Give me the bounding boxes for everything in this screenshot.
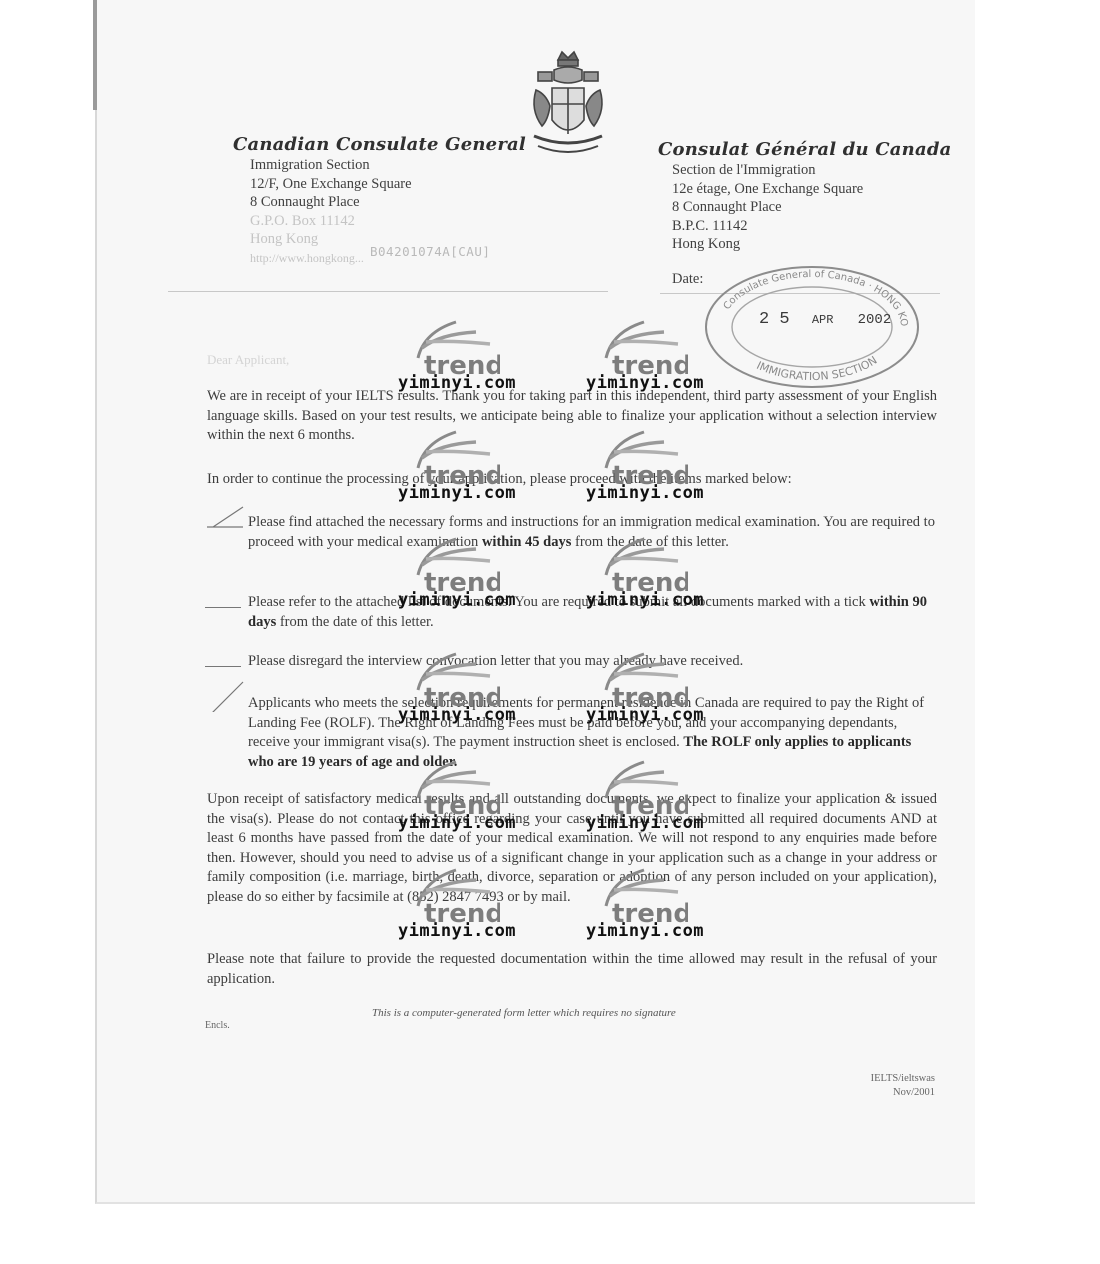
address-line: Immigration Section	[250, 156, 412, 175]
french-address: Section de l'Immigration 12e étage, One …	[672, 161, 863, 254]
item-text: from the date of this letter.	[276, 614, 433, 630]
warning-paragraph: Please note that failure to provide the …	[207, 950, 937, 989]
date-stamp: Consulate General of Canada · HONG KONG …	[703, 262, 921, 392]
item-text: Please disregard the interview convocati…	[248, 653, 743, 669]
scan-edge-mark	[93, 0, 97, 110]
closing-paragraph: Upon receipt of satisfactory medical res…	[207, 790, 937, 907]
header-rule-left	[168, 291, 608, 292]
stamp-month: APR	[812, 313, 834, 327]
item-bold-text: within 45 days	[482, 534, 571, 550]
address-line: 8 Connaught Place	[672, 198, 863, 217]
address-line: B.P.C. 11142	[672, 217, 863, 236]
instruction-paragraph: In order to continue the processing of y…	[207, 470, 937, 490]
unchecked-blank	[205, 607, 241, 608]
address-line: 12e étage, One Exchange Square	[672, 180, 863, 199]
enclosures-label: Encls.	[205, 1020, 230, 1031]
coat-of-arms-icon	[528, 50, 608, 162]
date-label: Date:	[672, 270, 703, 289]
checklist-item-interview: Please disregard the interview convocati…	[205, 652, 937, 672]
unchecked-blank	[205, 666, 241, 667]
address-line: 8 Connaught Place	[250, 193, 412, 212]
checkmark-icon	[205, 505, 245, 531]
checklist-item-rolf: Applicants who meets the selection requi…	[205, 694, 937, 772]
computer-generated-note: This is a computer-generated form letter…	[372, 1007, 676, 1019]
form-date: Nov/2001	[820, 1086, 935, 1100]
address-line: 12/F, One Exchange Square	[250, 175, 412, 194]
address-line: Section de l'Immigration	[672, 161, 863, 180]
form-reference: IELTS/ieltswas Nov/2001	[820, 1072, 935, 1100]
form-code: IELTS/ieltswas	[820, 1072, 935, 1086]
french-letterhead-title: Consulat Général du Canada	[658, 139, 951, 160]
checkmark-icon	[205, 674, 245, 712]
item-text: from the date of this letter.	[571, 534, 728, 550]
english-letterhead-title: Canadian Consulate General	[233, 134, 526, 155]
stamp-year: 2002	[858, 312, 892, 328]
stamp-day: 2 5	[759, 310, 790, 329]
salutation: Dear Applicant,	[207, 352, 289, 368]
address-line-faded: G.P.O. Box 11142	[250, 212, 412, 231]
checklist-item-medical: Please find attached the necessary forms…	[205, 513, 937, 552]
address-line: Hong Kong	[672, 235, 863, 254]
intro-paragraph: We are in receipt of your IELTS results.…	[207, 387, 937, 446]
file-number: B04201074A[CAU]	[370, 244, 490, 259]
item-text: Please refer to the attached list of doc…	[248, 594, 869, 610]
checklist-item-documents: Please refer to the attached list of doc…	[205, 593, 937, 632]
